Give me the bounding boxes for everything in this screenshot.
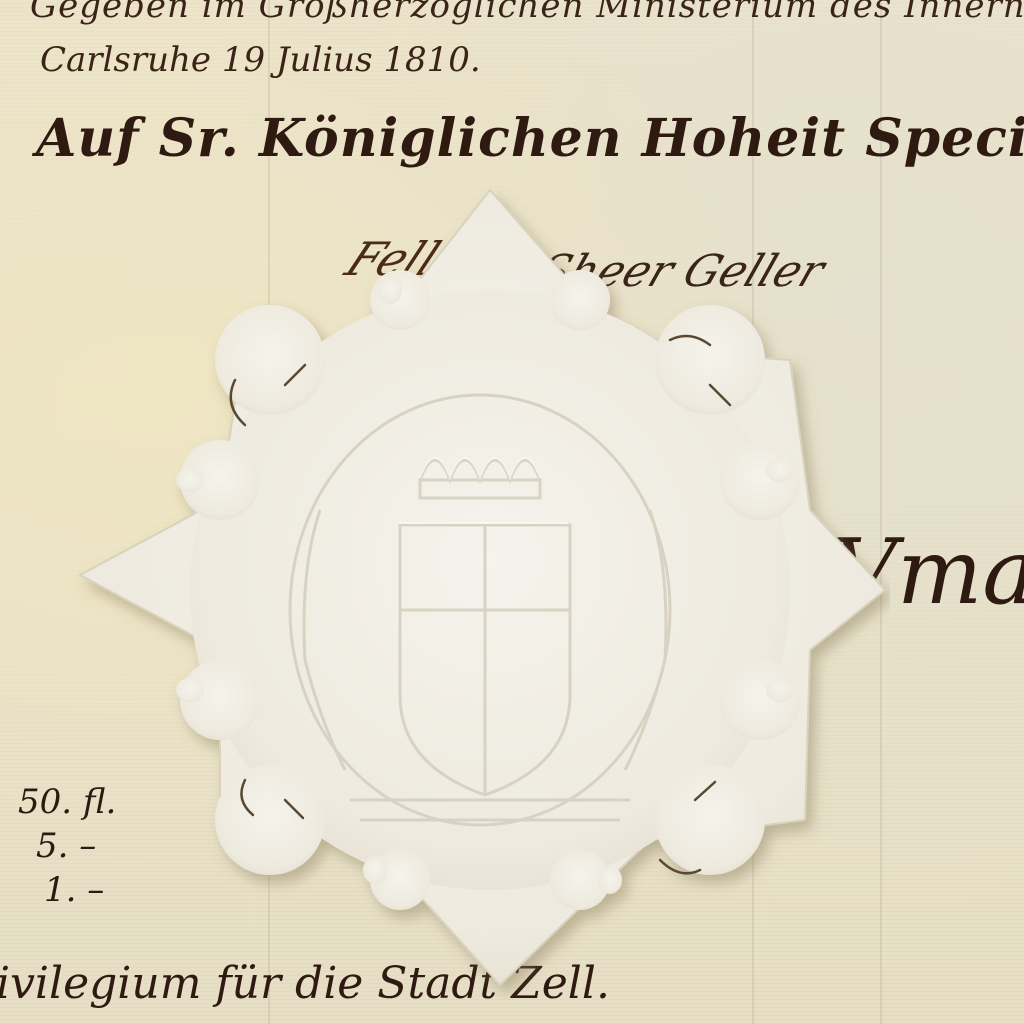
header-line-ministry: Gegeben im Großherzoglichen Ministerium … [30, 0, 1024, 26]
header-line-date: Carlsruhe 19 Julius 1810. [40, 40, 481, 80]
embossed-seal-icon [70, 180, 890, 1000]
decree-headline: Auf Sr. Königlichen Hoheit Special Befeh… [36, 108, 1024, 169]
